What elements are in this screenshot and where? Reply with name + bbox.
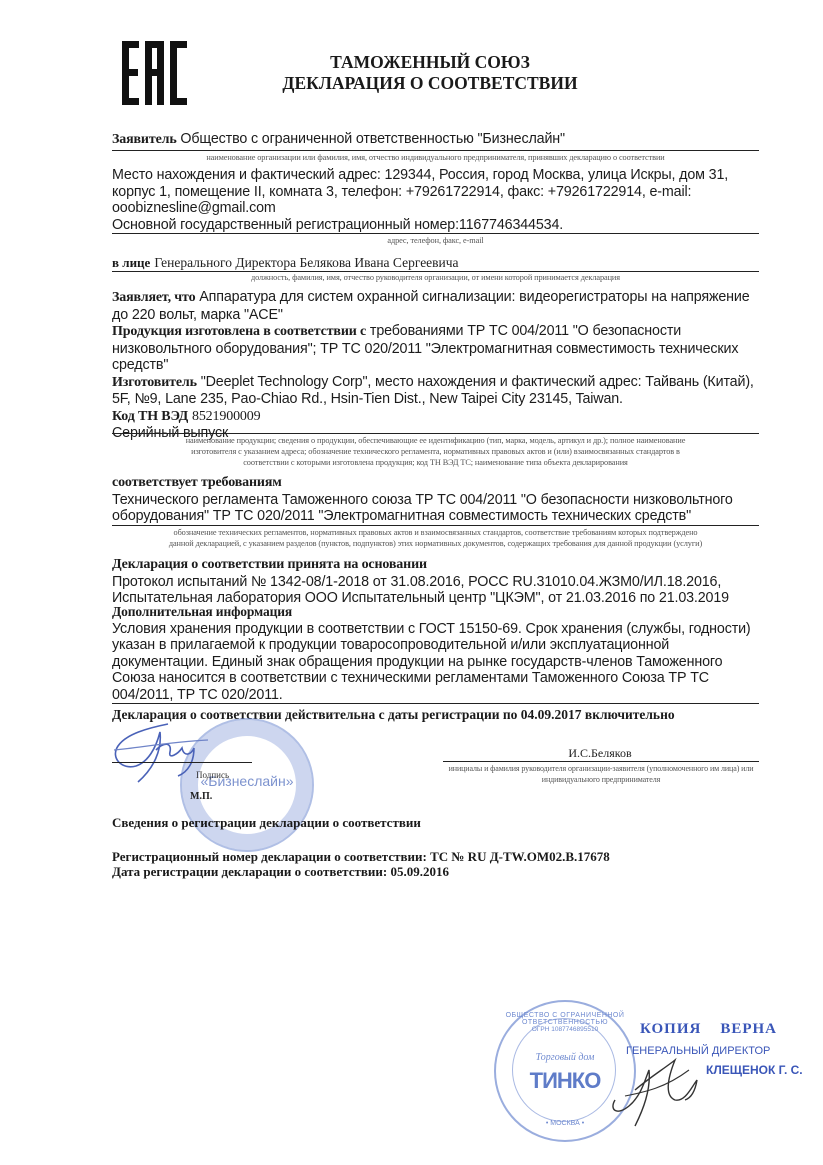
registration-number-value: ТС № RU Д-TW.ОМ02.В.17678	[430, 849, 610, 864]
divider	[112, 525, 759, 526]
copy-certified-title: КОПИЯ ВЕРНА	[640, 1021, 777, 1038]
declares-label: Заявляет, что	[112, 290, 195, 305]
representative-value: Генерального Директора Белякова Ивана Се…	[154, 255, 458, 270]
seal-brand-small: Торговый дом	[516, 1052, 614, 1063]
address-line: Место нахождения и фактический адрес: 12…	[112, 167, 728, 184]
seal-bottom-text: • МОСКВА •	[516, 1120, 614, 1127]
signature-line	[112, 762, 252, 763]
divider	[112, 233, 759, 234]
declaration-block: Заявляет, что Аппаратура для систем охра…	[112, 289, 754, 442]
additional-label: Дополнительная информация	[112, 604, 751, 621]
produced-label: Продукция изготовлена в соответствии с	[112, 324, 366, 339]
additional-text: 004/2011, ТР ТС 020/2011.	[112, 687, 751, 704]
title-line-2: ДЕКЛАРАЦИЯ О СООТВЕТСТВИИ	[230, 73, 630, 94]
seal-top-text: ОБЩЕСТВО С ОГРАНИЧЕННОЙ ОТВЕТСТВЕННОСТЬЮ	[502, 1012, 628, 1026]
applicant-label: Заявитель	[112, 132, 177, 147]
additional-text: Союза наносится в соответствии с техниче…	[112, 670, 751, 687]
divider	[112, 703, 759, 704]
hs-code-label: Код ТН ВЭД	[112, 409, 188, 424]
declaration-note: наименование продукции; сведения о проду…	[112, 435, 759, 468]
eac-logo	[122, 40, 188, 106]
applicant-row: Заявитель Общество с ограниченной ответс…	[112, 131, 565, 149]
produced-text: низковольтного оборудования"; ТР ТС 020/…	[112, 341, 754, 358]
signatory-name: И.С.Беляков	[440, 746, 760, 761]
document-title: ТАМОЖЕННЫЙ СОЮЗ ДЕКЛАРАЦИЯ О СООТВЕТСТВИ…	[230, 52, 630, 94]
manufacturer-label: Изготовитель	[112, 375, 197, 390]
signature-label: Подпись	[196, 770, 229, 780]
basis-label: Декларация о соответствии принята на осн…	[112, 557, 729, 574]
produced-text: средств"	[112, 357, 754, 374]
declares-text: Аппаратура для систем охранной сигнализа…	[199, 289, 749, 305]
manufacturer-text: 5F, №9, Lane 235, Pao-Chiao Rd., Hsin-Ti…	[112, 391, 754, 408]
copy-certified-name: КЛЕЩЕНОК Г. С.	[706, 1063, 803, 1077]
basis-block: Декларация о соответствии принята на осн…	[112, 557, 729, 607]
seal-brand: ТИНКО	[516, 1068, 614, 1094]
hs-code-value: 8521900009	[192, 409, 261, 424]
compliance-label: соответствует требованиям	[112, 475, 733, 492]
registration-date-label: Дата регистрации декларации о соответств…	[112, 864, 387, 879]
representative-note: должность, фамилия, имя, отчество руково…	[112, 272, 759, 283]
representative-row: в лице Генерального Директора Белякова И…	[112, 254, 459, 272]
declares-text: до 220 вольт, марка "ACE"	[112, 307, 754, 324]
applicant-address: Место нахождения и фактический адрес: 12…	[112, 167, 728, 233]
signatory-note: инициалы и фамилия руководителя организа…	[440, 763, 762, 785]
manufacturer-text: "Deeplet Technology Corp", место нахожде…	[201, 374, 754, 390]
divider	[112, 150, 759, 151]
compliance-block: соответствует требованиям Технического р…	[112, 475, 733, 525]
registration-heading: Сведения о регистрации декларации о соот…	[112, 815, 421, 831]
registration-number-row: Регистрационный номер декларации о соотв…	[112, 849, 610, 865]
seal-label: М.П.	[190, 791, 212, 802]
registration-date-row: Дата регистрации декларации о соответств…	[112, 864, 449, 880]
ogrn-line: Основной государственный регистрационный…	[112, 217, 728, 234]
address-note: адрес, телефон, факс, e-mail	[112, 235, 759, 246]
registration-date-value: 05.09.2016	[390, 864, 449, 879]
title-line-1: ТАМОЖЕННЫЙ СОЮЗ	[230, 52, 630, 73]
applicant-value: Общество с ограниченной ответственностью…	[180, 131, 565, 147]
compliance-text: оборудования" ТР ТС 020/2011 "Электромаг…	[112, 508, 733, 525]
additional-text: указан в прилагаемой к продукции товарос…	[112, 637, 751, 654]
compliance-note: обозначение технических регламентов, нор…	[112, 527, 759, 549]
additional-text: Условия хранения продукции в соответстви…	[112, 621, 751, 638]
representative-label: в лице	[112, 255, 150, 270]
applicant-note: наименование организации или фамилия, им…	[112, 152, 759, 163]
director-signature-icon	[605, 1040, 705, 1130]
address-line: корпус 1, помещение II, комната 3, телеф…	[112, 184, 728, 201]
produced-text: требованиями ТР ТС 004/2011 "О безопасно…	[370, 323, 681, 339]
additional-text: документации. Единый знак обращения прод…	[112, 654, 751, 671]
eac-mark-icon	[122, 40, 188, 106]
divider	[443, 761, 759, 762]
divider	[112, 433, 759, 434]
basis-text: Протокол испытаний № 1342-08/1-2018 от 3…	[112, 574, 729, 591]
additional-block: Дополнительная информация Условия хранен…	[112, 604, 751, 703]
email-line: ooobiznesline@gmail.com	[112, 200, 728, 217]
registration-number-label: Регистрационный номер декларации о соотв…	[112, 849, 427, 864]
seal-ogrn-text: ОГРН 1087746895510	[516, 1026, 614, 1033]
compliance-text: Технического регламента Таможенного союз…	[112, 492, 733, 509]
